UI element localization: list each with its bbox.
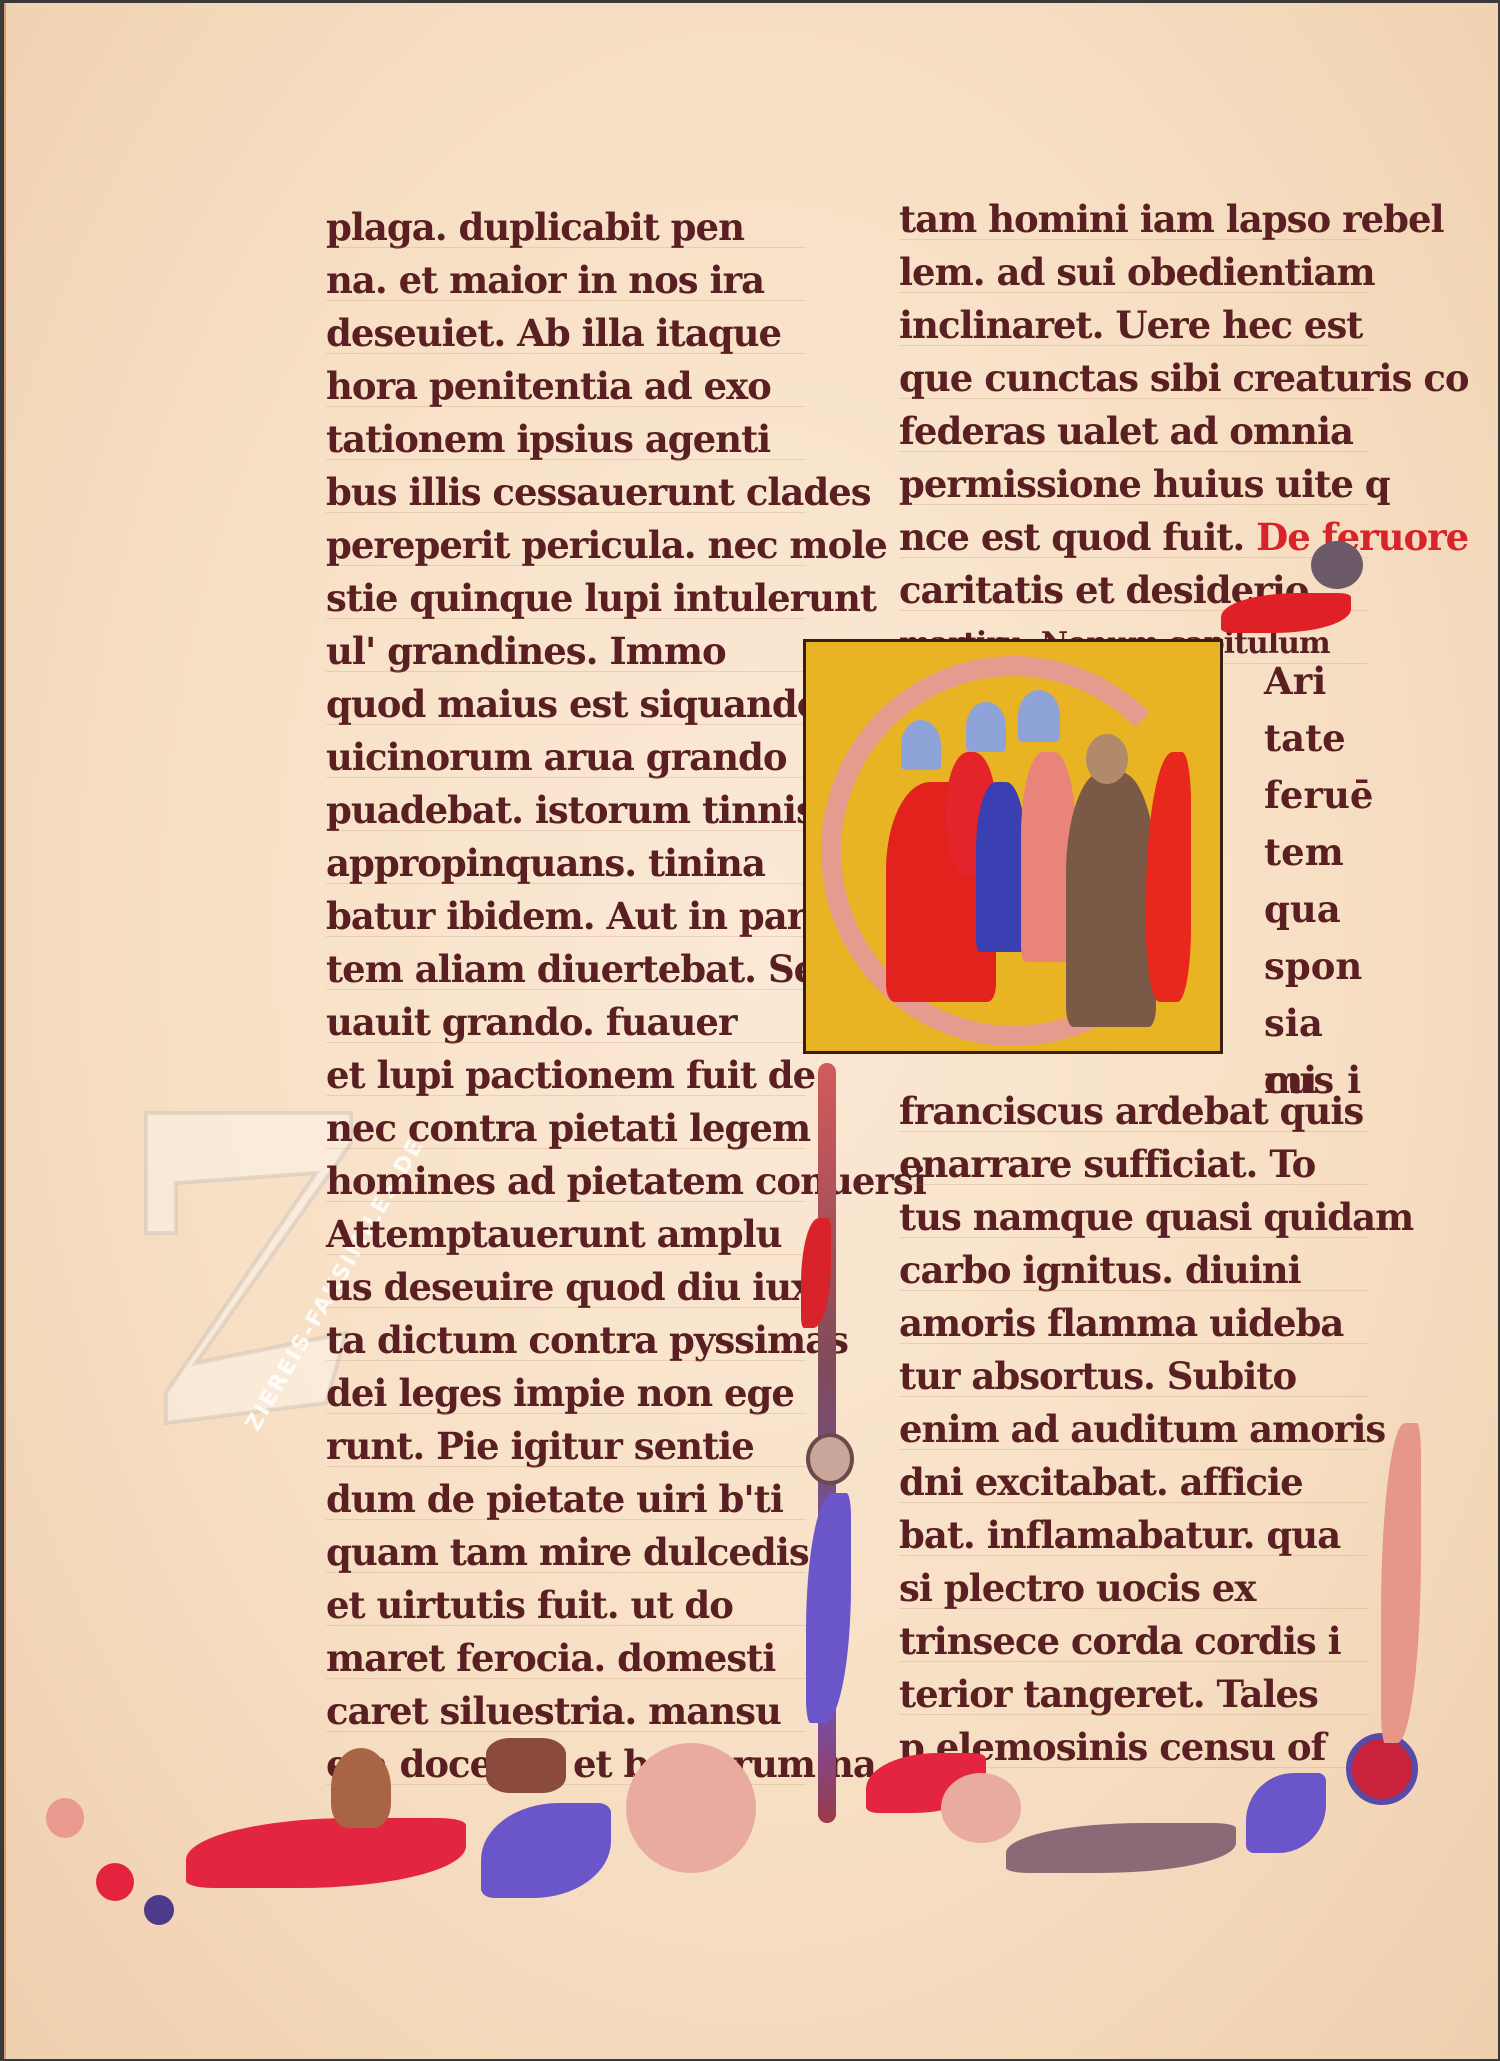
mitre-icon bbox=[901, 720, 941, 770]
rubric-heading: De feruore bbox=[1256, 515, 1468, 559]
text-line: qua bbox=[1264, 881, 1374, 938]
text-line: terior tangeret. Tales bbox=[899, 1668, 1369, 1721]
text-line: plaga. duplicabit pen bbox=[326, 201, 806, 254]
text-line: tus namque quasi quidam bbox=[899, 1191, 1369, 1244]
text-line: que cunctas sibi creaturis co bbox=[899, 352, 1369, 405]
red-violet-ball-terminal bbox=[1346, 1733, 1418, 1805]
cleric-blue-robe bbox=[976, 782, 1026, 952]
text-line: tam homini iam lapso rebel bbox=[899, 193, 1369, 246]
text-line: permissione huius uite q bbox=[899, 458, 1369, 511]
violet-ball-terminal bbox=[144, 1895, 174, 1925]
pink-ball-terminal bbox=[46, 1798, 84, 1838]
text-line: si plectro uocis ex bbox=[899, 1562, 1369, 1615]
manuscript-page: ZIEREIS-FAKSIMILES.DE plaga. duplicabit … bbox=[4, 3, 1498, 2059]
bird-figure bbox=[331, 1748, 391, 1828]
text-line: homines ad pietatem conuersi bbox=[326, 1155, 806, 1208]
text-line: Ari bbox=[1264, 653, 1374, 710]
text-line: bus illis cessauerunt clades bbox=[326, 466, 806, 519]
text-line: feruē bbox=[1264, 767, 1374, 824]
text-line: deseuiet. Ab illa itaque bbox=[326, 307, 806, 360]
text-line: us deseuire quod diu iux bbox=[326, 1261, 806, 1314]
text-line: et uirtutis fuit. ut do bbox=[326, 1579, 806, 1632]
text-line: Attemptauerunt amplu bbox=[326, 1208, 806, 1261]
text-line: na. et maior in nos ira bbox=[326, 254, 806, 307]
text-line: tate bbox=[1264, 710, 1374, 767]
text-line: batur ibidem. Aut in par bbox=[326, 890, 806, 943]
text-line: maret ferocia. domesti bbox=[326, 1632, 806, 1685]
violet-acanthus-leaf bbox=[806, 1493, 851, 1723]
mitre-icon bbox=[966, 702, 1006, 752]
text-line: runt. Pie igitur sentie bbox=[326, 1420, 806, 1473]
text-line: tur absortus. Subito bbox=[899, 1350, 1369, 1403]
text-line: enarrare sufficiat. To bbox=[899, 1138, 1369, 1191]
text-line: stie quinque lupi intulerunt bbox=[326, 572, 806, 625]
red-ball-terminal bbox=[96, 1863, 134, 1901]
text-line: cus i bbox=[1264, 1052, 1374, 1109]
text-line: sia mi bbox=[1264, 995, 1374, 1052]
text-line: inclinaret. Uere hec est bbox=[899, 299, 1369, 352]
text-line: nce est quod fuit. De feruore bbox=[899, 511, 1369, 564]
text-line: puadebat. istorum tinnis bbox=[326, 784, 806, 837]
text-line-end: nce est quod fuit. bbox=[899, 515, 1244, 559]
illuminated-initial-miniature bbox=[803, 639, 1223, 1054]
red-acanthus-leaf bbox=[186, 1818, 466, 1888]
text-line: tem aliam diuertebat. Ser bbox=[326, 943, 806, 996]
saint-francis-figure bbox=[1066, 772, 1156, 1027]
text-line: ta dictum contra pyssimas bbox=[326, 1314, 806, 1367]
text-line: quam tam mire dulcedis bbox=[326, 1526, 806, 1579]
mitre-icon bbox=[1018, 690, 1060, 742]
left-text-column: plaga. duplicabit pen na. et maior in no… bbox=[326, 201, 806, 1791]
text-line: et lupi pactionem fuit de bbox=[326, 1049, 806, 1102]
text-line: uicinorum arua grando bbox=[326, 731, 806, 784]
text-line: tem bbox=[1264, 824, 1374, 881]
text-line: quod maius est siquando i bbox=[326, 678, 806, 731]
violet-acanthus-leaf bbox=[481, 1803, 611, 1898]
text-line: lem. ad sui obedientiam bbox=[899, 246, 1369, 299]
saint-francis-head bbox=[1086, 734, 1128, 784]
text-line: nec contra pietati legem bbox=[326, 1102, 806, 1155]
text-line: amoris flamma uideba bbox=[899, 1297, 1369, 1350]
text-line: trinsece corda cordis i bbox=[899, 1615, 1369, 1668]
grey-acanthus-leaf bbox=[1006, 1823, 1236, 1873]
text-line: dni excitabat. afficie bbox=[899, 1456, 1369, 1509]
violet-acanthus-leaf bbox=[1246, 1773, 1326, 1853]
text-line: bat. inflamabatur. qua bbox=[899, 1509, 1369, 1562]
pink-acanthus-stalk bbox=[1381, 1423, 1421, 1743]
fox-figure bbox=[486, 1738, 566, 1793]
text-line: hora penitentia ad exo bbox=[326, 360, 806, 413]
grey-scroll-terminal bbox=[1311, 541, 1363, 589]
text-line: spon bbox=[1264, 938, 1374, 995]
narrow-text-beside-initial: Ari tate feruē tem qua spon sia mi cus i bbox=[1264, 653, 1374, 1109]
text-line: enim ad auditum amoris bbox=[899, 1403, 1369, 1456]
text-line: uauit grando. fuauer bbox=[326, 996, 806, 1049]
text-line: carbo ignitus. diuini bbox=[899, 1244, 1369, 1297]
text-line: dei leges impie non ege bbox=[326, 1367, 806, 1420]
text-line: dum de pietate uiri b'ti bbox=[326, 1473, 806, 1526]
text-line: tationem ipsius agenti bbox=[326, 413, 806, 466]
text-line: caret siluestria. mansu bbox=[326, 1685, 806, 1738]
text-line: pereperit pericula. nec mole bbox=[326, 519, 806, 572]
pink-scroll bbox=[941, 1773, 1021, 1843]
grotesque-face-medallion bbox=[806, 1433, 854, 1485]
pink-scroll bbox=[626, 1743, 756, 1873]
text-line: federas ualet ad omnia bbox=[899, 405, 1369, 458]
text-line: ul' grandines. Immo bbox=[326, 625, 806, 678]
text-line: appropinquans. tinina bbox=[326, 837, 806, 890]
